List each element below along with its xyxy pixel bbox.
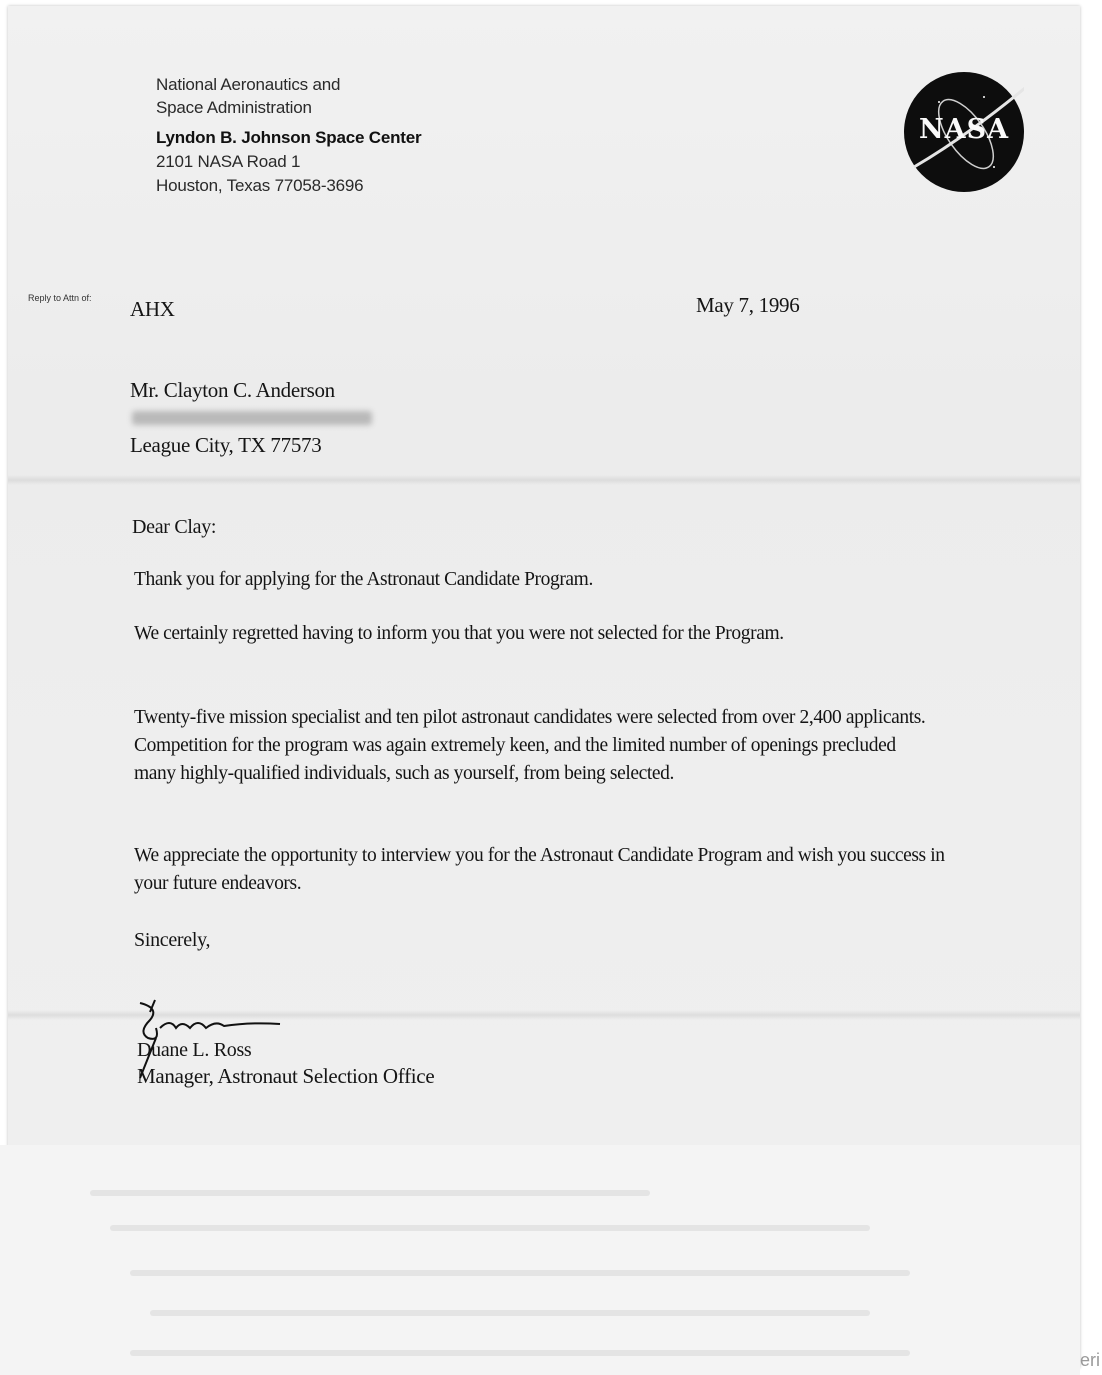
signatory-title: Manager, Astronaut Selection Office	[137, 1064, 434, 1089]
reply-to-label: Reply to Attn of:	[28, 293, 92, 303]
letter-date: May 7, 1996	[696, 293, 799, 318]
salutation: Dear Clay:	[132, 516, 216, 539]
signatory-name: Duane L. Ross	[137, 1039, 251, 1062]
reference-code: AHX	[130, 297, 175, 322]
recipient-name: Mr. Clayton C. Anderson	[130, 378, 335, 403]
paragraph-3: Twenty-five mission specialist and ten p…	[134, 704, 934, 788]
agency-name-line1: National Aeronautics and	[156, 75, 340, 95]
paper-fold	[8, 475, 1080, 485]
nasa-logo: NASA	[904, 72, 1024, 192]
nasa-logo-text: NASA	[904, 114, 1024, 145]
center-name: Lyndon B. Johnson Space Center	[156, 128, 421, 148]
agency-name-line2: Space Administration	[156, 98, 312, 118]
corner-text-fragment: eri	[1080, 1350, 1100, 1371]
recipient-city: League City, TX 77573	[130, 433, 321, 458]
center-street: 2101 NASA Road 1	[156, 152, 300, 172]
paragraph-2: We certainly regretted having to inform …	[134, 620, 894, 648]
center-city: Houston, Texas 77058-3696	[156, 176, 363, 196]
faded-paper-bottom	[0, 1145, 1080, 1375]
paragraph-1: Thank you for applying for the Astronaut…	[134, 566, 954, 594]
redacted-street-address	[132, 411, 372, 425]
closing: Sincerely,	[134, 929, 210, 952]
paragraph-4: We appreciate the opportunity to intervi…	[134, 842, 949, 898]
